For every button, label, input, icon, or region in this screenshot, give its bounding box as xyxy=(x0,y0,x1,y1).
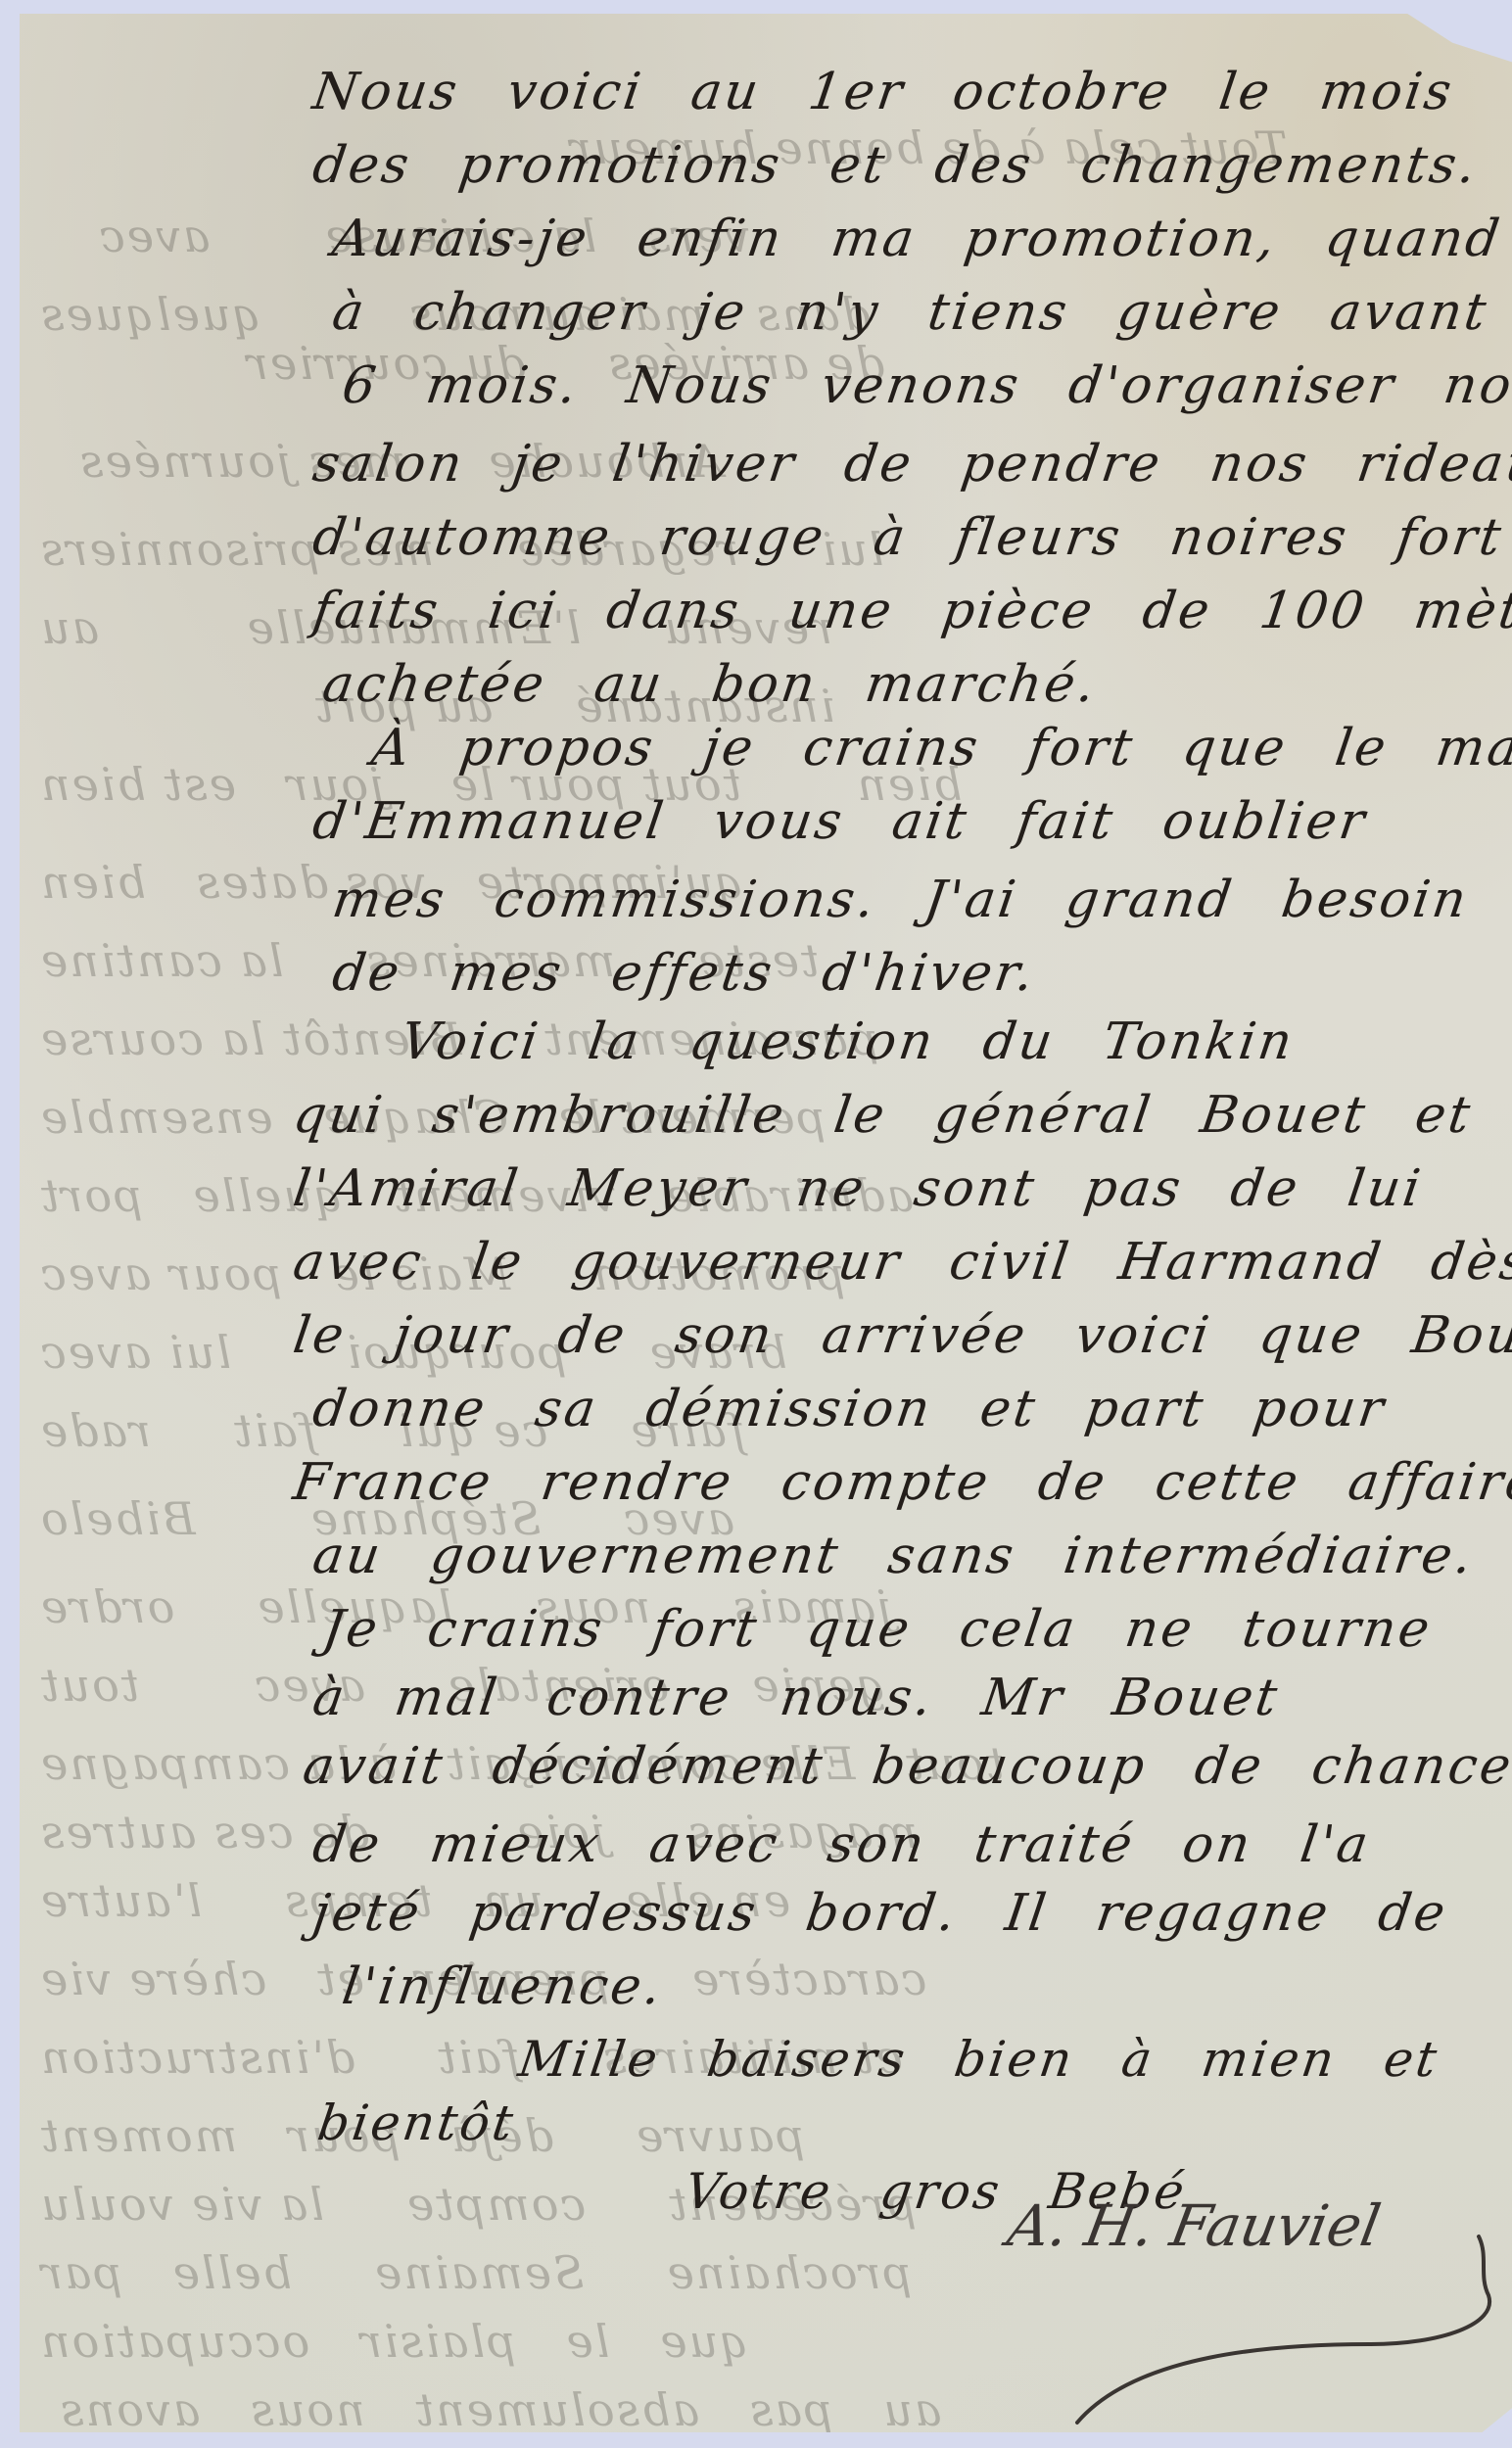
closing-line: bientôt xyxy=(314,2095,519,2151)
signature-flourish xyxy=(1018,2197,1512,2448)
closing-line: Mille baisers bien à mien et xyxy=(515,2031,1442,2088)
letter-closing: Mille baisers bien à mien et bientôt Vot… xyxy=(20,14,1512,2432)
letter-page: Tout cela à de bonne humeur vers la curi… xyxy=(20,14,1512,2432)
